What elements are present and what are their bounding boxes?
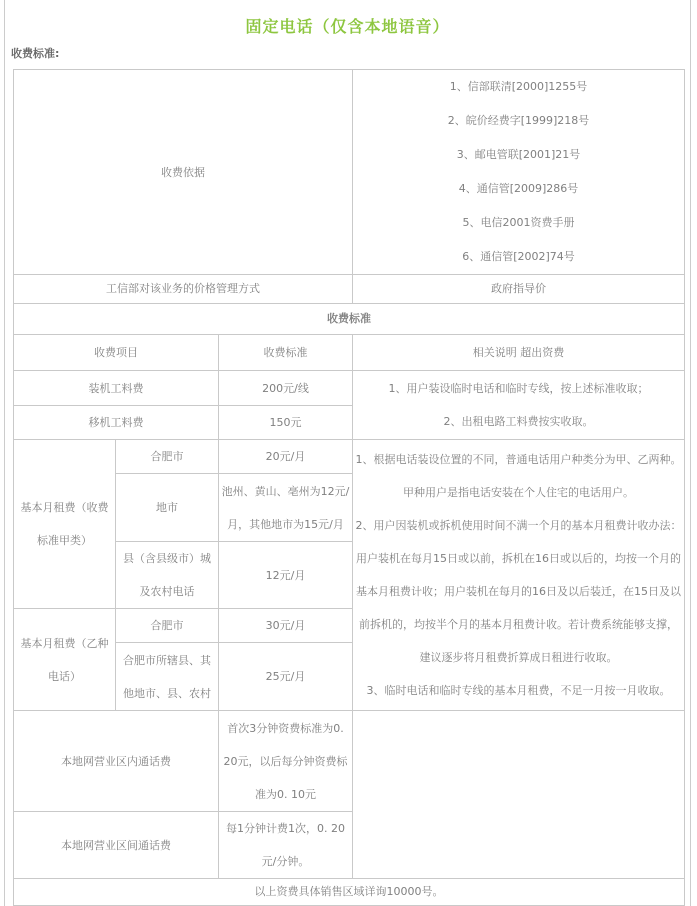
footer-row: 以上资费具体销售区域详询10000号。 bbox=[14, 879, 685, 906]
page-frame: 固定电话（仅含本地语音） 收费标准: 收费依据 1、信部联清[2000]1255… bbox=[4, 0, 691, 906]
basis-row: 收费依据 1、信部联清[2000]1255号 2、皖价经费字[1999]218号… bbox=[14, 70, 685, 275]
basis-list-cell: 1、信部联清[2000]1255号 2、皖价经费字[1999]218号 3、邮电… bbox=[353, 70, 685, 275]
local-between-value: 每1分钟计费1次，0. 20元/分钟。 bbox=[219, 812, 353, 879]
basis-item-6: 6、通信管[2002]74号 bbox=[355, 240, 682, 274]
rent-a-row-1: 基本月租费（收费标准甲类） 合肥市 20元/月 1、根据电话装设位置的不同，普通… bbox=[14, 440, 685, 474]
management-row: 工信部对该业务的价格管理方式 政府指导价 bbox=[14, 275, 685, 304]
rent-b-value-1: 30元/月 bbox=[219, 609, 353, 643]
fee-section-header-row: 收费标准 bbox=[14, 304, 685, 335]
basis-item-4: 4、通信管[2009]286号 bbox=[355, 172, 682, 206]
rent-a-label: 基本月租费（收费标准甲类） bbox=[14, 440, 116, 609]
local-in-value: 首次3分钟资费标准为0. 20元，以后每分钟资费标准为0. 10元 bbox=[219, 711, 353, 812]
rent-a-value-3: 12元/月 bbox=[219, 542, 353, 609]
management-label-cell: 工信部对该业务的价格管理方式 bbox=[14, 275, 353, 304]
rent-b-value-2: 25元/月 bbox=[219, 643, 353, 711]
move-fee-label: 移机工料费 bbox=[14, 406, 219, 440]
install-note-2: 2、出租电路工料费按实收取。 bbox=[355, 405, 682, 438]
move-fee-value: 150元 bbox=[219, 406, 353, 440]
install-note-1: 1、用户装设临时电话和临时专线，按上述标准收取； bbox=[355, 372, 682, 405]
empty-notes-cell bbox=[353, 711, 685, 879]
rent-b-area-1: 合肥市 bbox=[116, 609, 219, 643]
rent-a-value-2: 池州、黄山、亳州为12元/月，其他地市为15元/月 bbox=[219, 474, 353, 542]
col-header-notes: 相关说明 超出资费 bbox=[353, 335, 685, 371]
footer-note: 以上资费具体销售区域详询10000号。 bbox=[14, 879, 685, 906]
rent-note-1: 1、根据电话装设位置的不同，普通电话用户种类分为甲、乙两种。甲种用户是指电话安装… bbox=[355, 443, 682, 509]
install-fee-label: 装机工料费 bbox=[14, 371, 219, 406]
fee-table: 收费依据 1、信部联清[2000]1255号 2、皖价经费字[1999]218号… bbox=[13, 69, 685, 906]
col-header-standard: 收费标准 bbox=[219, 335, 353, 371]
install-fee-row: 装机工料费 200元/线 1、用户装设临时电话和临时专线，按上述标准收取； 2、… bbox=[14, 371, 685, 406]
column-header-row: 收费项目 收费标准 相关说明 超出资费 bbox=[14, 335, 685, 371]
col-header-item: 收费项目 bbox=[14, 335, 219, 371]
local-between-label: 本地网营业区间通话费 bbox=[14, 812, 219, 879]
install-notes-cell: 1、用户装设临时电话和临时专线，按上述标准收取； 2、出租电路工料费按实收取。 bbox=[353, 371, 685, 440]
install-fee-value: 200元/线 bbox=[219, 371, 353, 406]
rent-note-3: 3、临时电话和临时专线的基本月租费，不足一月按一月收取。 bbox=[355, 674, 682, 707]
rent-a-area-3: 县（含县级市）城及农村电话 bbox=[116, 542, 219, 609]
basis-item-5: 5、电信2001资费手册 bbox=[355, 206, 682, 240]
rent-notes-cell: 1、根据电话装设位置的不同，普通电话用户种类分为甲、乙两种。甲种用户是指电话安装… bbox=[353, 440, 685, 711]
management-value-cell: 政府指导价 bbox=[353, 275, 685, 304]
basis-item-3: 3、邮电管联[2001]21号 bbox=[355, 138, 682, 172]
local-in-label: 本地网营业区内通话费 bbox=[14, 711, 219, 812]
local-in-row: 本地网营业区内通话费 首次3分钟资费标准为0. 20元，以后每分钟资费标准为0.… bbox=[14, 711, 685, 812]
basis-label-cell: 收费依据 bbox=[14, 70, 353, 275]
page-title: 固定电话（仅含本地语音） bbox=[5, 0, 690, 37]
rent-b-label: 基本月租费（乙种电话） bbox=[14, 609, 116, 711]
fee-section-header: 收费标准 bbox=[14, 304, 685, 335]
rent-b-area-2: 合肥市所辖县、其他地市、县、农村 bbox=[116, 643, 219, 711]
basis-item-1: 1、信部联清[2000]1255号 bbox=[355, 70, 682, 104]
rent-a-area-2: 地市 bbox=[116, 474, 219, 542]
fee-standard-label: 收费标准: bbox=[11, 45, 690, 61]
rent-a-area-1: 合肥市 bbox=[116, 440, 219, 474]
rent-note-2: 2、用户因装机或拆机使用时间不满一个月的基本月租费计收办法：用户装机在每月15日… bbox=[355, 509, 682, 674]
rent-a-value-1: 20元/月 bbox=[219, 440, 353, 474]
basis-item-2: 2、皖价经费字[1999]218号 bbox=[355, 104, 682, 138]
